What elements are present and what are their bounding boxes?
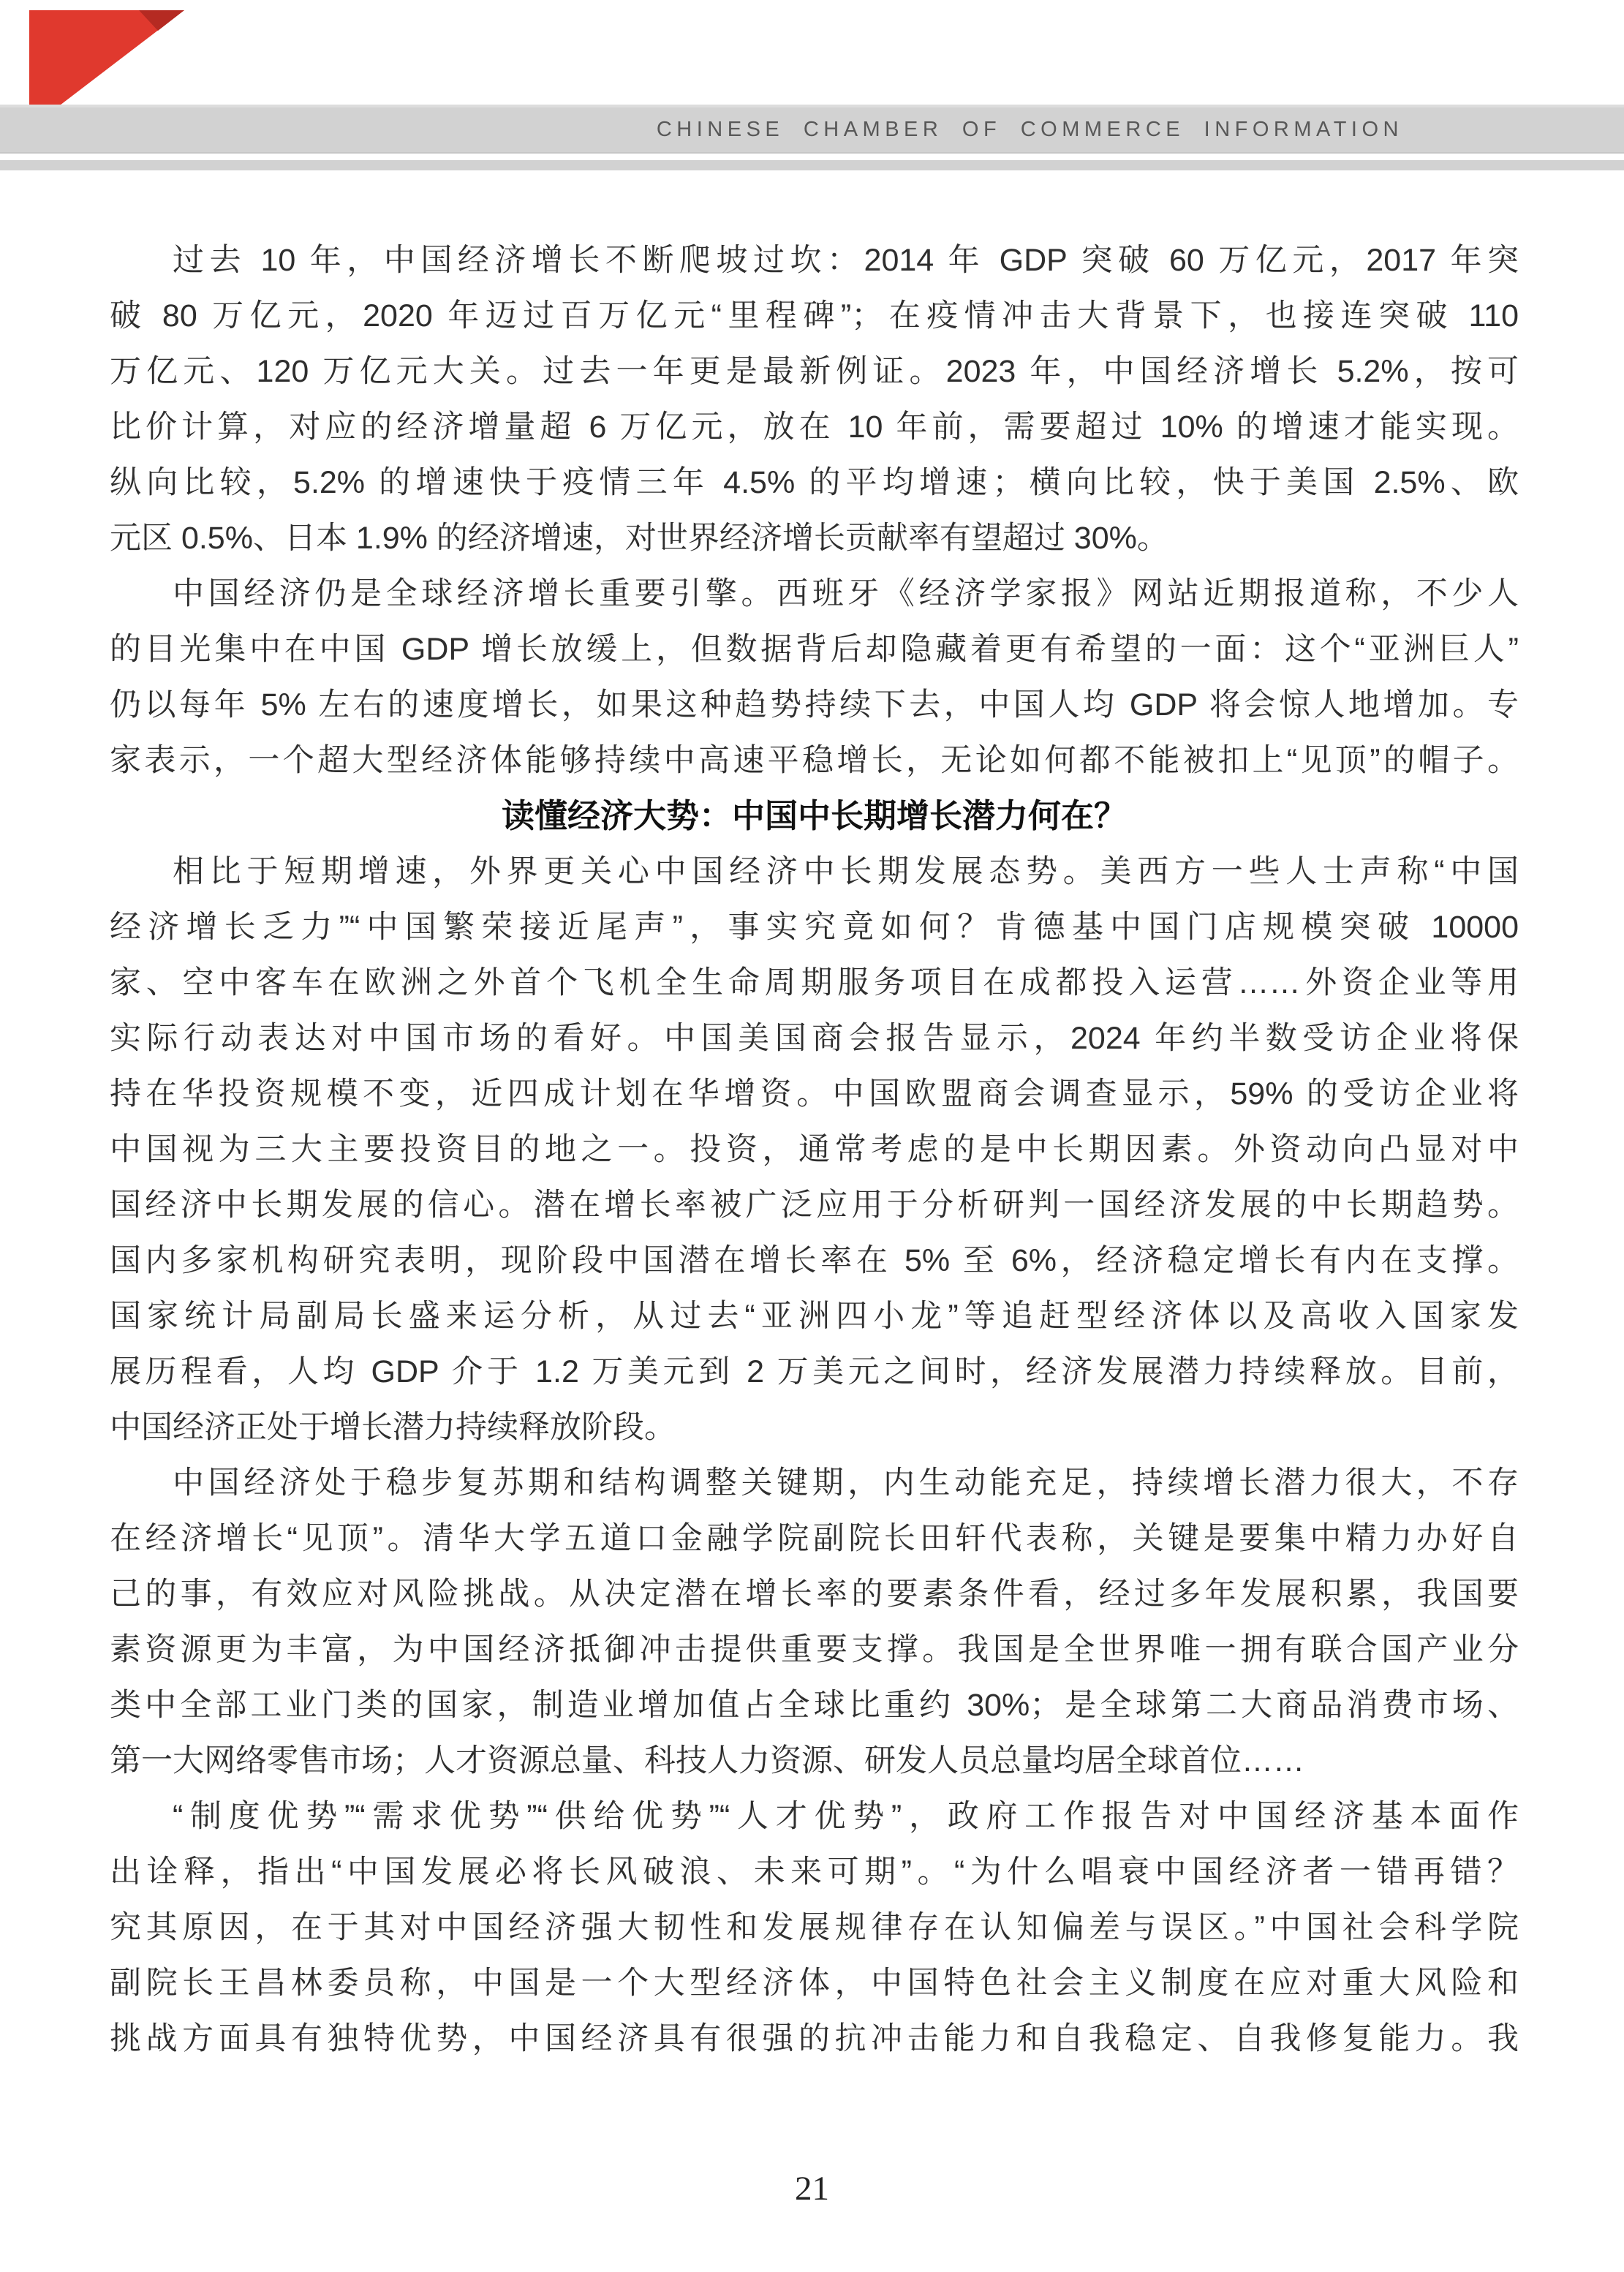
- body-line: 出诠释，指出“中国发展必将长风破浪、未来可期”。“为什么唱衰中国经济者一错再错？: [110, 1844, 1519, 1900]
- body-line: 中国经济处于稳步复苏期和结构调整关键期，内生动能充足，持续增长潜力很大，不存: [110, 1455, 1519, 1511]
- body-line: 在经济增长“见顶”。清华大学五道口金融学院副院长田轩代表称，关键是要集中精力办好…: [110, 1511, 1519, 1566]
- body-line: 究其原因，在于其对中国经济强大韧性和发展规律存在认知偏差与误区。”中国社会科学院: [110, 1900, 1519, 1955]
- body-line: 万亿元、120 万亿元大关。过去一年更是最新例证。2023 年，中国经济增长 5…: [110, 344, 1519, 399]
- body-line: 类中全部工业门类的国家，制造业增加值占全球比重约 30%；是全球第二大商品消费市…: [110, 1677, 1519, 1733]
- magazine-page: CHINESE CHAMBER OF COMMERCE INFORMATION …: [0, 0, 1624, 2272]
- body-line: 素资源更为丰富，为中国经济抵御冲击提供重要支撑。我国是全世界唯一拥有联合国产业分: [110, 1622, 1519, 1677]
- body-line: 第一大网络零售市场；人才资源总量、科技人力资源、研发人员总量均居全球首位……: [110, 1733, 1519, 1789]
- body-line: 国经济中长期发展的信心。潜在增长率被广泛应用于分析研判一国经济发展的中长期趋势。: [110, 1177, 1519, 1233]
- body-line: 家表示，一个超大型经济体能够持续中高速平稳增长，无论如何都不能被扣上“见顶”的帽…: [110, 733, 1519, 788]
- body-line: 相比于短期增速，外界更关心中国经济中长期发展态势。美西方一些人士声称“中国: [110, 844, 1519, 899]
- body-line: 仍以每年 5% 左右的速度增长，如果这种趋势持续下去，中国人均 GDP 将会惊人…: [110, 677, 1519, 733]
- body-line: 过去 10 年，中国经济增长不断爬坡过坎：2014 年 GDP 突破 60 万亿…: [110, 233, 1519, 288]
- body-line: 挑战方面具有独特优势，中国经济具有很强的抗冲击能力和自我稳定、自我修复能力。我: [110, 2011, 1519, 2067]
- body-line: 副院长王昌林委员称，中国是一个大型经济体，中国特色社会主义制度在应对重大风险和: [110, 1955, 1519, 2011]
- body-line: 破 80 万亿元，2020 年迈过百万亿元“里程碑”；在疫情冲击大背景下，也接连…: [110, 288, 1519, 344]
- body-line: 纵向比较，5.2% 的增速快于疫情三年 4.5% 的平均增速；横向比较，快于美国…: [110, 455, 1519, 510]
- body-line: 比价计算，对应的经济增量超 6 万亿元，放在 10 年前，需要超过 10% 的增…: [110, 399, 1519, 455]
- body-line: 己的事，有效应对风险挑战。从决定潜在增长率的要素条件看，经过多年发展积累，我国要: [110, 1566, 1519, 1622]
- body-line: 元区 0.5%、日本 1.9% 的经济增速，对世界经济增长贡献率有望超过 30%…: [110, 510, 1519, 566]
- journal-title: CHINESE CHAMBER OF COMMERCE INFORMATION: [657, 118, 1403, 142]
- body-line: “制度优势”“需求优势”“供给优势”“人才优势”，政府工作报告对中国经济基本面作: [110, 1789, 1519, 1844]
- body-line: 中国视为三大主要投资目的地之一。投资，通常考虑的是中长期因素。外资动向凸显对中: [110, 1122, 1519, 1177]
- body-line: 家、空中客车在欧洲之外首个飞机全生命周期服务项目在成都投入运营……外资企业等用: [110, 955, 1519, 1011]
- page-number: 21: [0, 2169, 1624, 2208]
- body-line: 中国经济仍是全球经济增长重要引擎。西班牙《经济学家报》网站近期报道称，不少人: [110, 566, 1519, 622]
- body-line: 的目光集中在中国 GDP 增长放缓上，但数据背后却隐藏着更有希望的一面：这个“亚…: [110, 622, 1519, 677]
- body-line: 实际行动表达对中国市场的看好。中国美国商会报告显示，2024 年约半数受访企业将…: [110, 1011, 1519, 1066]
- body-line: 展历程看，人均 GDP 介于 1.2 万美元到 2 万美元之间时，经济发展潜力持…: [110, 1344, 1519, 1400]
- body-text: 过去 10 年，中国经济增长不断爬坡过坎：2014 年 GDP 突破 60 万亿…: [110, 233, 1519, 2067]
- section-heading: 读懂经济大势：中国中长期增长潜力何在？: [110, 788, 1519, 844]
- body-line: 持在华投资规模不变，近四成计划在华增资。中国欧盟商会调查显示，59% 的受访企业…: [110, 1066, 1519, 1122]
- header-rule-band: [0, 160, 1624, 170]
- header-band: CHINESE CHAMBER OF COMMERCE INFORMATION: [0, 105, 1624, 154]
- body-line: 经济增长乏力”“中国繁荣接近尾声”，事实究竟如何？肯德基中国门店规模突破 100…: [110, 899, 1519, 955]
- body-line: 中国经济正处于增长潜力持续释放阶段。: [110, 1400, 1519, 1455]
- body-line: 国家统计局副局长盛来运分析，从过去“亚洲四小龙”等追赶型经济体以及高收入国家发: [110, 1288, 1519, 1344]
- body-line: 国内多家机构研究表明，现阶段中国潜在增长率在 5% 至 6%，经济稳定增长有内在…: [110, 1233, 1519, 1288]
